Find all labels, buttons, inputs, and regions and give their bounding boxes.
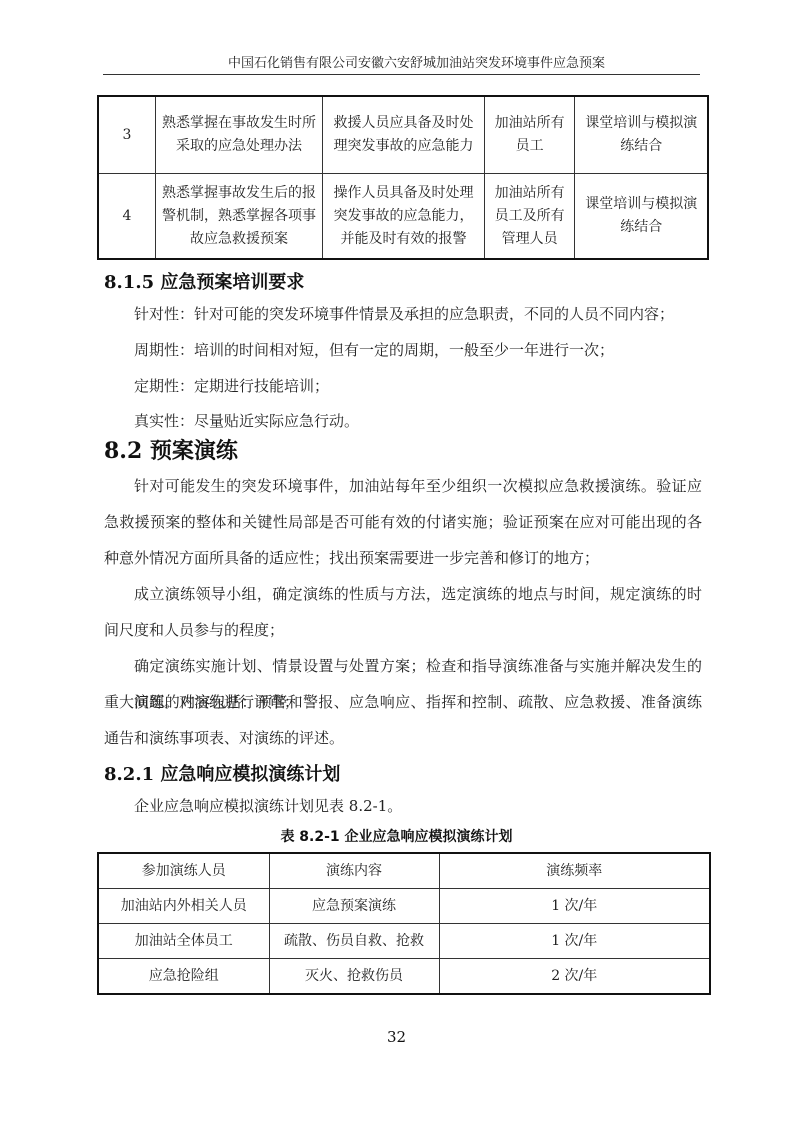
document-header-title: 中国石化销售有限公司安徽六安舒城加油站突发环境事件应急预案 — [0, 52, 793, 71]
section-heading-8-1-5: 8.1.5 应急预案培训要求 — [104, 268, 304, 294]
page-number: 32 — [0, 1028, 793, 1046]
participants-cell: 加油站全体员工 — [98, 924, 269, 959]
column-header: 演练内容 — [269, 853, 439, 889]
column-header: 演练频率 — [439, 853, 710, 889]
training-target: 加油站所有员工及所有管理人员 — [484, 174, 575, 260]
frequency-cell: 1 次/年 — [439, 889, 710, 924]
content-cell: 灭火、抢救伤员 — [269, 959, 439, 995]
header-divider — [103, 74, 700, 75]
frequency-cell: 1 次/年 — [439, 924, 710, 959]
row-number: 4 — [98, 174, 155, 260]
training-method: 课堂培训与模拟演练结合 — [575, 96, 708, 174]
section-heading-8-2-1: 8.2.1 应急响应模拟演练计划 — [104, 760, 340, 786]
row-number: 3 — [98, 96, 155, 174]
participants-cell: 加油站内外相关人员 — [98, 889, 269, 924]
training-goal: 操作人员具备及时处理突发事故的应急能力，并能及时有效的报警 — [323, 174, 485, 260]
participants-cell: 应急抢险组 — [98, 959, 269, 995]
table-row: 4 熟悉掌握事故发生后的报警机制，熟悉掌握各项事故应急救援预案 操作人员具备及时… — [98, 174, 708, 260]
table-header-row: 参加演练人员 演练内容 演练频率 — [98, 853, 710, 889]
paragraph: 企业应急响应模拟演练计划见表 8.2-1。 — [104, 788, 702, 824]
column-header: 参加演练人员 — [98, 853, 269, 889]
table-row: 加油站内外相关人员 应急预案演练 1 次/年 — [98, 889, 710, 924]
frequency-cell: 2 次/年 — [439, 959, 710, 995]
paragraph: 成立演练领导小组，确定演练的性质与方法，选定演练的地点与时间，规定演练的时间尺度… — [104, 576, 702, 648]
table-row: 加油站全体员工 疏散、伤员自救、抢救 1 次/年 — [98, 924, 710, 959]
training-content: 熟悉掌握在事故发生时所采取的应急处理办法 — [155, 96, 322, 174]
paragraph: 针对可能发生的突发环境事件，加油站每年至少组织一次模拟应急救援演练。验证应急救援… — [104, 468, 702, 576]
training-target: 加油站所有员工 — [484, 96, 575, 174]
paragraph: 演练的内容包括：预警和警报、应急响应、指挥和控制、疏散、应急救援、准备演练通告和… — [104, 684, 702, 756]
paragraph: 针对性：针对可能的突发环境事件情景及承担的应急职责，不同的人员不同内容； — [104, 296, 702, 332]
section-heading-8-2: 8.2 预案演练 — [104, 434, 238, 465]
training-table: 3 熟悉掌握在事故发生时所采取的应急处理办法 救援人员应具备及时处理突发事故的应… — [97, 95, 709, 260]
training-method: 课堂培训与模拟演练结合 — [575, 174, 708, 260]
content-cell: 应急预案演练 — [269, 889, 439, 924]
table-row: 3 熟悉掌握在事故发生时所采取的应急处理办法 救援人员应具备及时处理突发事故的应… — [98, 96, 708, 174]
training-goal: 救援人员应具备及时处理突发事故的应急能力 — [323, 96, 485, 174]
table-row: 应急抢险组 灭火、抢救伤员 2 次/年 — [98, 959, 710, 995]
drill-plan-table: 参加演练人员 演练内容 演练频率 加油站内外相关人员 应急预案演练 1 次/年 … — [97, 852, 711, 995]
content-cell: 疏散、伤员自救、抢救 — [269, 924, 439, 959]
table-caption: 表 8.2-1 企业应急响应模拟演练计划 — [0, 826, 793, 846]
training-content: 熟悉掌握事故发生后的报警机制，熟悉掌握各项事故应急救援预案 — [155, 174, 322, 260]
paragraph: 周期性：培训的时间相对短，但有一定的周期，一般至少一年进行一次； — [104, 332, 702, 368]
paragraph: 定期性：定期进行技能培训； — [104, 368, 702, 404]
